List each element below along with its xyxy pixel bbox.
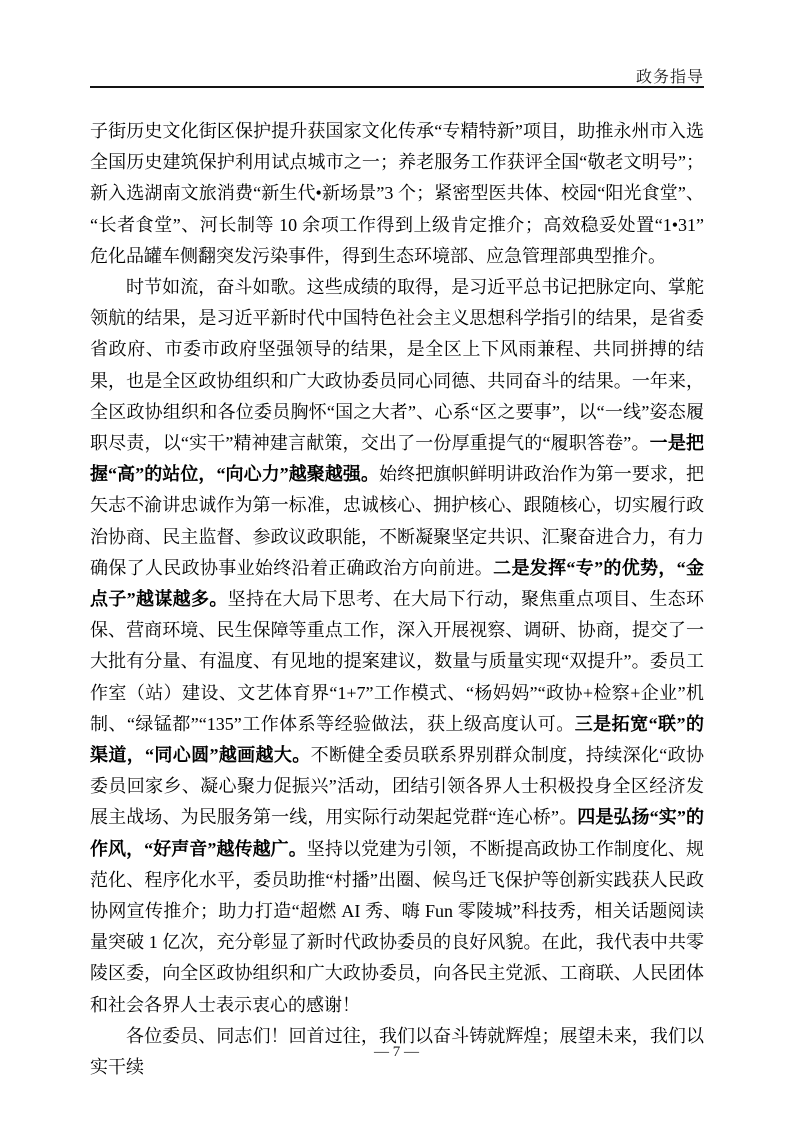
- page-footer: — 7 —: [0, 1044, 793, 1061]
- paragraph: 子街历史文化街区保护提升获国家文化传承“专精特新”项目，助推永州市入选全国历史建…: [90, 116, 704, 272]
- text-run: 时节如流，奋斗如歌。这些成绩的取得，是习近平总书记把脉定向、掌舵领航的结果，是习…: [90, 277, 704, 453]
- text-run: 坚持以党建为引领，不断提高政协工作制度化、规范化、程序化水平，委员助推“村播”出…: [90, 839, 704, 1015]
- text-run: 子街历史文化街区保护提升获国家文化传承“专精特新”项目，助推永州市入选全国历史建…: [90, 121, 704, 266]
- document-body: 子街历史文化街区保护提升获国家文化传承“专精特新”项目，助推永州市入选全国历史建…: [90, 116, 704, 1083]
- text-run: 坚持在大局下思考、在大局下行动，聚焦重点项目、生态环保、营商环境、民生保障等重点…: [90, 589, 704, 734]
- document-page: 政务指导 子街历史文化街区保护提升获国家文化传承“专精特新”项目，助推永州市入选…: [0, 0, 793, 1122]
- header-label: 政务指导: [636, 64, 704, 87]
- paragraph: 时节如流，奋斗如歌。这些成绩的取得，是习近平总书记把脉定向、掌舵领航的结果，是习…: [90, 272, 704, 1021]
- header-rule: [90, 86, 704, 88]
- page-number: — 7 —: [374, 1044, 419, 1060]
